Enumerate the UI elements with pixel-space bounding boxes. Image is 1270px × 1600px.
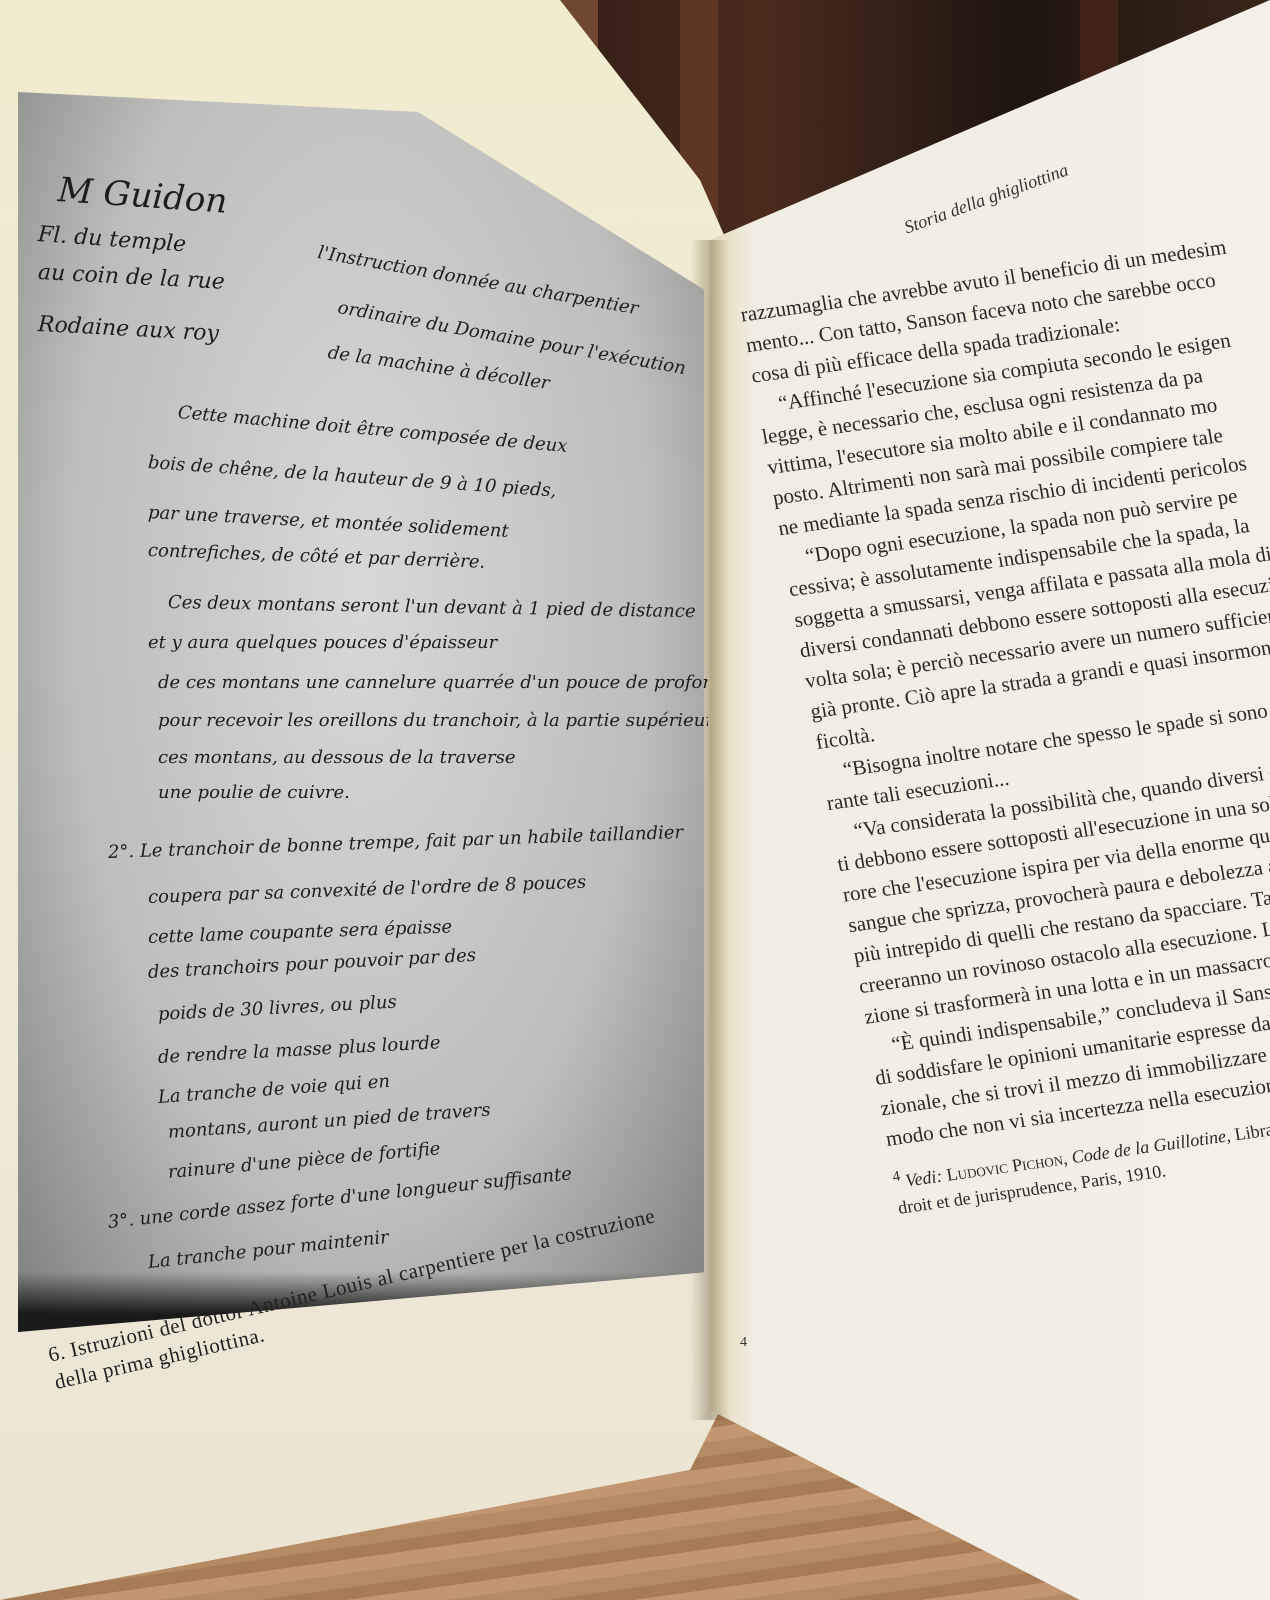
manuscript-line: de rendre la masse plus lourde bbox=[157, 1032, 441, 1068]
manuscript-line: La tranche pour maintenir bbox=[147, 1227, 390, 1273]
manuscript-line: une poulie de cuivre. bbox=[158, 782, 350, 803]
manuscript-line: poids de 30 livres, ou plus bbox=[157, 992, 397, 1025]
manuscript-line: cette lame coupante sera épaisse bbox=[148, 916, 453, 948]
manuscript-line: contrefiches, de côté et par derrière. bbox=[148, 540, 486, 573]
manuscript-line: coupera par sa convexité de l'ordre de 8… bbox=[148, 872, 587, 908]
footnote-publisher: Librairie g bbox=[1233, 1114, 1270, 1144]
manuscript-line: Ces deux montans seront l'un devant à 1 … bbox=[168, 592, 696, 622]
manuscript-line: ces montans, au dessous de la traverse bbox=[158, 747, 516, 768]
manuscript-line: des tranchoirs pour pouvoir par des bbox=[147, 945, 476, 983]
manuscript-line: La tranche de voie qui en bbox=[157, 1071, 390, 1108]
manuscript-plate: M Guidon Fl. du temple au coin de la rue… bbox=[18, 92, 704, 1332]
manuscript-line: et y aura quelques pouces d'épaisseur bbox=[148, 632, 497, 653]
footnote-marker: 4 bbox=[891, 1169, 901, 1186]
manuscript-line: par une traverse, et montée solidement bbox=[147, 502, 509, 542]
manuscript-line: M Guidon bbox=[57, 170, 229, 222]
manuscript-line: Rodaine aux roy bbox=[37, 312, 219, 346]
manuscript-line: Fl. du temple bbox=[37, 222, 187, 257]
manuscript-line: Cette machine doit être composée de deux bbox=[177, 402, 568, 457]
manuscript-line: 2°. Le tranchoir de bonne trempe, fait p… bbox=[108, 822, 684, 863]
footnote-prefix: Vedi: bbox=[904, 1166, 944, 1191]
manuscript-line: rainure d'une pièce de fortifie bbox=[167, 1138, 441, 1183]
signature-mark: 4 bbox=[740, 1335, 747, 1351]
manuscript-line: pour recevoir les oreillons du tranchoir… bbox=[158, 710, 752, 731]
manuscript-line: de ces montans une cannelure quarrée d'u… bbox=[158, 672, 756, 693]
manuscript-line: bois de chêne, de la hauteur de 9 à 10 p… bbox=[147, 452, 557, 502]
footnote-title: Code de la Guillotine, bbox=[1070, 1125, 1232, 1167]
manuscript-line: montans, auront un pied de travers bbox=[167, 1099, 491, 1142]
manuscript-line: au coin de la rue bbox=[37, 260, 225, 295]
